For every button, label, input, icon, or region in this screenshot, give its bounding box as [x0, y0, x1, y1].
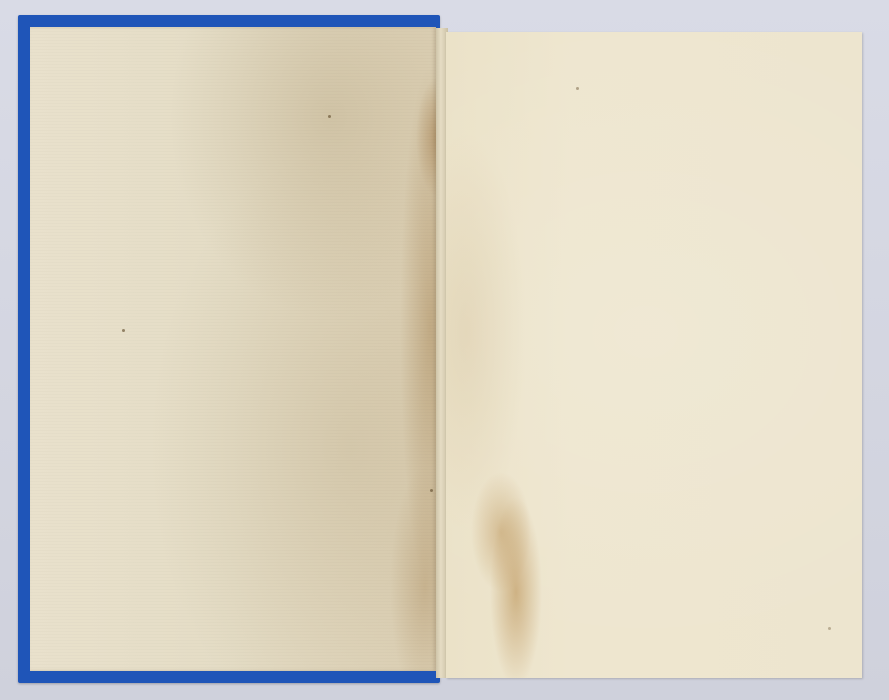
paper-speck: [828, 627, 831, 630]
book-photo: [0, 0, 889, 700]
paper-speck: [328, 115, 331, 118]
paper-speck: [122, 329, 125, 332]
paper-speck: [576, 87, 579, 90]
right-endpaper: [446, 32, 862, 678]
left-endpaper: [30, 27, 436, 671]
paper-speck: [430, 489, 433, 492]
